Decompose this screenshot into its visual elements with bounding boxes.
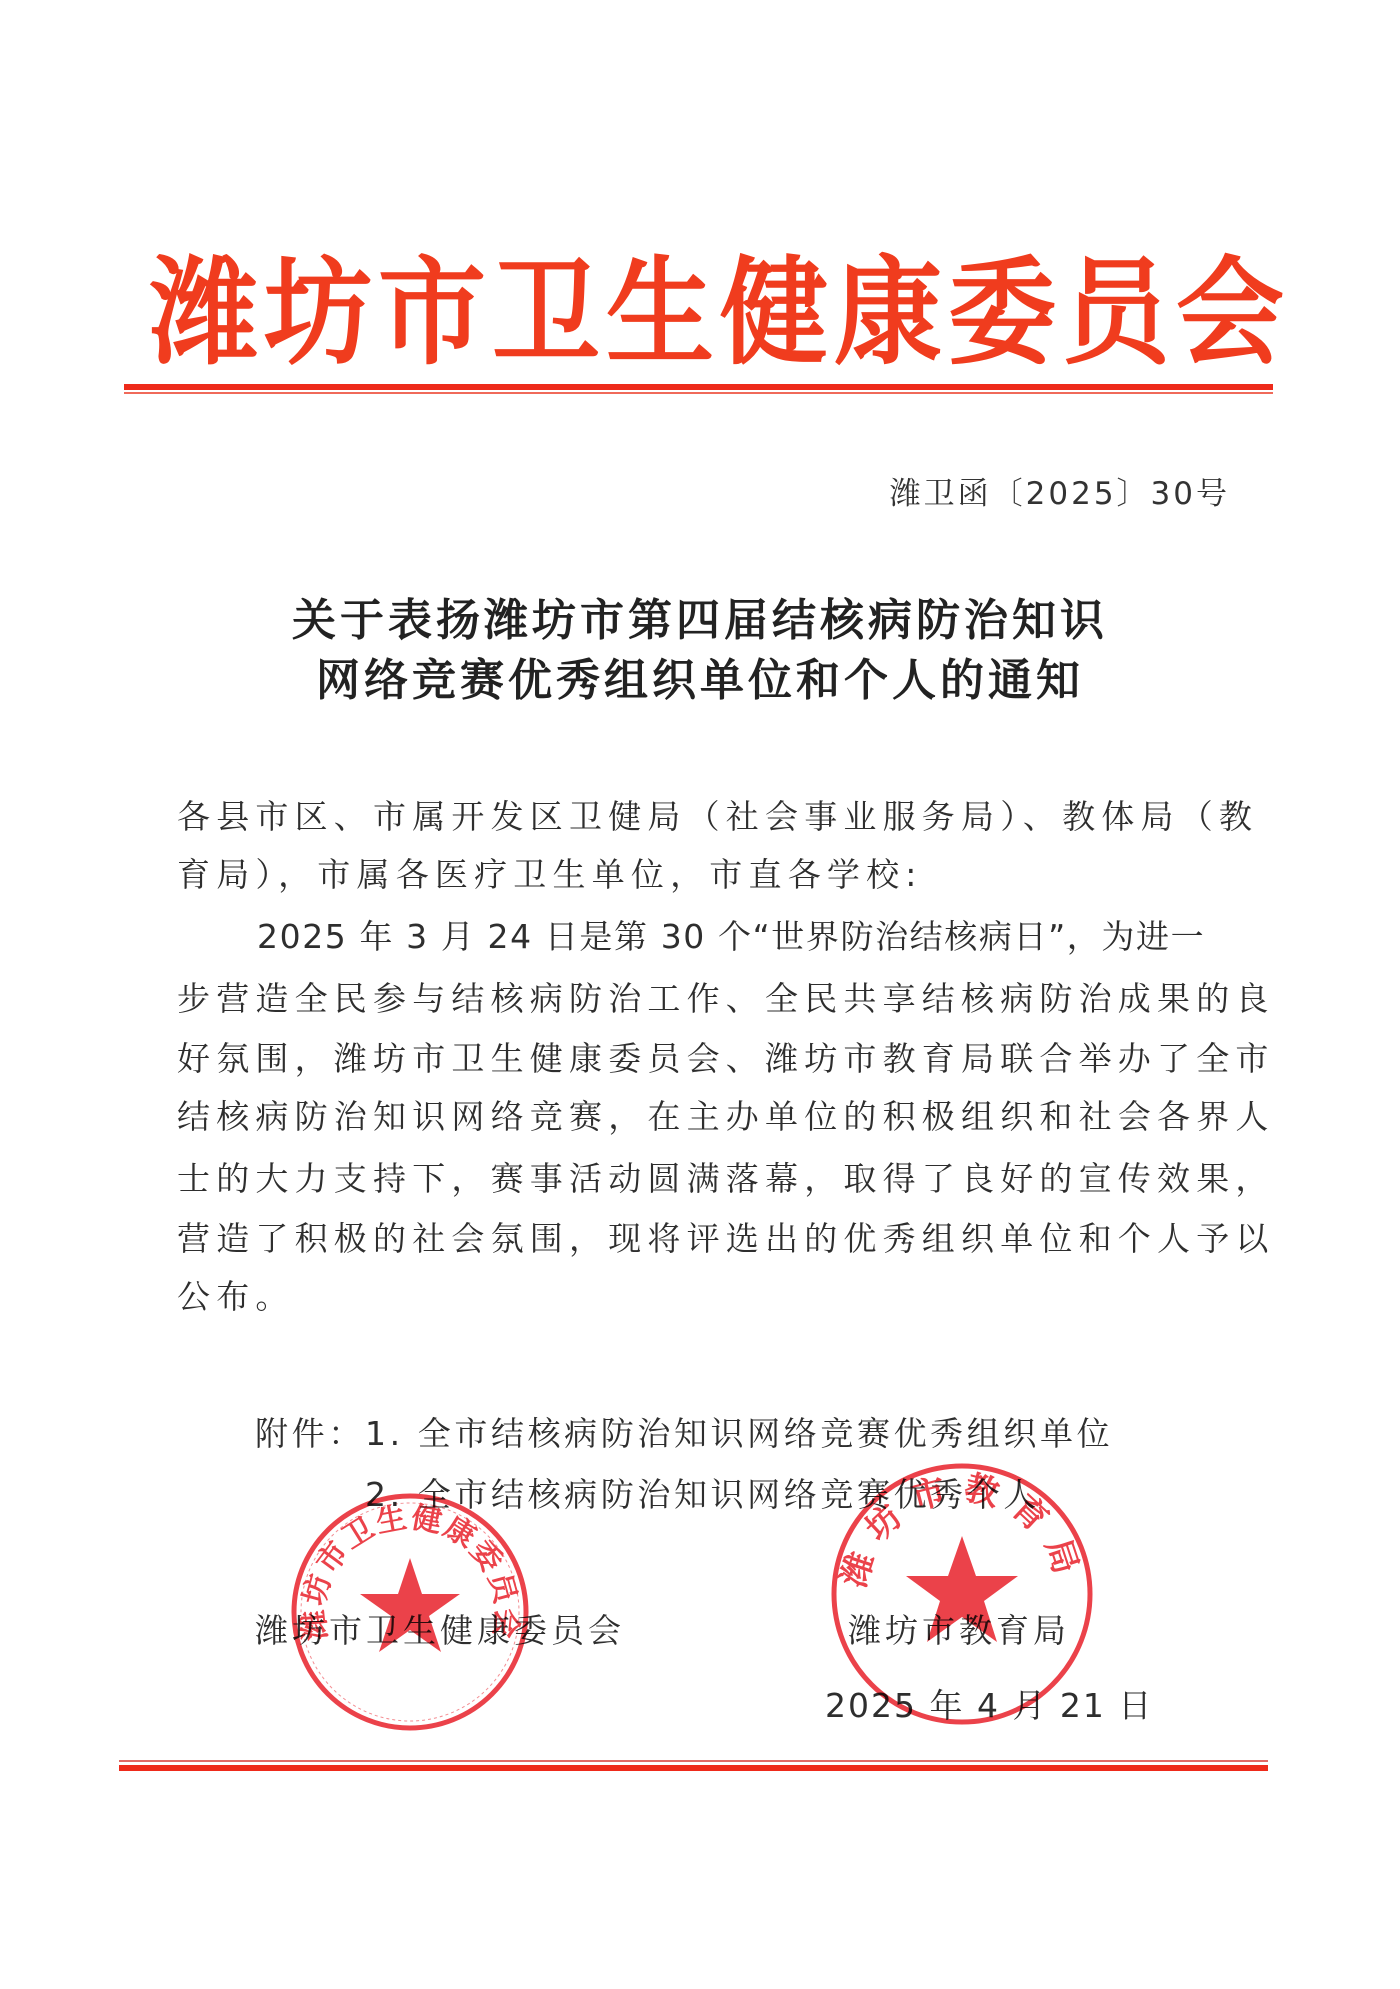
- body-line-3: 好氛围，潍坊市卫生健康委员会、潍坊市教育局联合举办了全市: [177, 1037, 1237, 1081]
- masthead-rule-thick: [124, 384, 1273, 390]
- star-icon: [906, 1536, 1018, 1642]
- addressee-line-1: 各县市区、市属开发区卫健局（社会事业服务局）、教体局（教: [177, 795, 1237, 839]
- body-line-4: 结核病防治知识网络竞赛，在主办单位的积极组织和社会各界人: [177, 1095, 1237, 1139]
- notice-title-line-1: 关于表扬潍坊市第四届结核病防治知识: [150, 594, 1250, 648]
- body-line-6: 营造了积极的社会氛围，现将评选出的优秀组织单位和个人予以: [177, 1217, 1237, 1261]
- body-line-5: 士的大力支持下，赛事活动圆满落幕，取得了良好的宣传效果，: [177, 1157, 1237, 1201]
- addressee-line-2: 育局），市属各医疗卫生单位，市直各学校:: [177, 853, 1237, 897]
- body-line-1: 2025 年 3 月 24 日是第 30 个“世界防治结核病日”，为进一: [257, 915, 1317, 959]
- footer-rule-thick: [119, 1765, 1268, 1771]
- attachment-item-1[interactable]: 1. 全市结核病防治知识网络竞赛优秀组织单位: [365, 1412, 1113, 1456]
- health-commission-seal: 潍坊市卫生健康委员会: [288, 1490, 532, 1734]
- seal-icon: 潍坊市教育局: [828, 1460, 1096, 1728]
- star-icon: [360, 1558, 460, 1652]
- document-number: 潍卫函〔2025〕30号: [870, 474, 1230, 514]
- attachments-label: 附件：: [255, 1412, 365, 1456]
- masthead-rule-thin: [124, 392, 1273, 394]
- education-bureau-seal: 潍坊市教育局: [828, 1460, 1096, 1728]
- body-line-2: 步营造全民参与结核病防治工作、全民共享结核病防治成果的良: [177, 977, 1237, 1021]
- seal-icon: 潍坊市卫生健康委员会: [288, 1490, 532, 1734]
- notice-title-line-2: 网络竞赛优秀组织单位和个人的通知: [150, 654, 1250, 708]
- footer-rule-thin: [119, 1760, 1268, 1762]
- masthead-title: 潍坊市卫生健康委员会: [150, 243, 1250, 383]
- body-line-7: 公布。: [177, 1275, 1237, 1319]
